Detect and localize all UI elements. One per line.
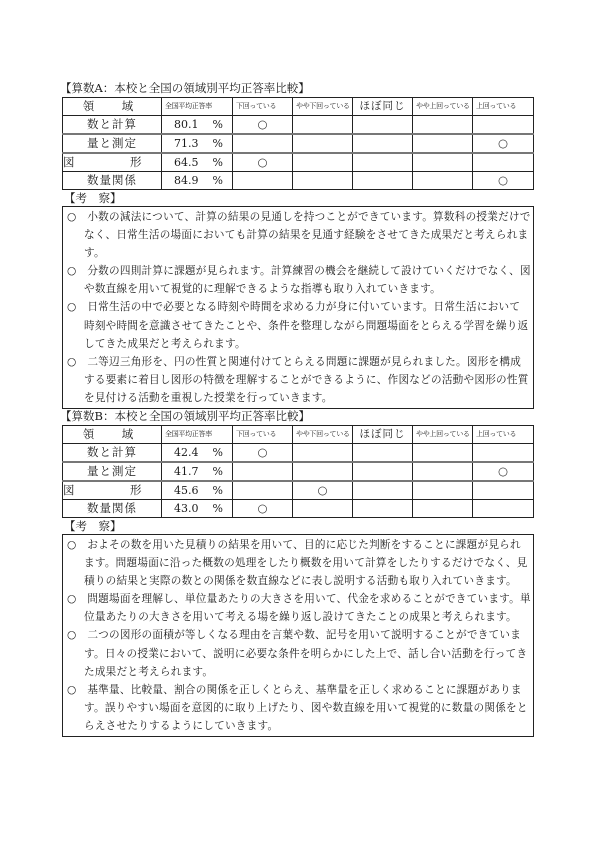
mark-slightly-below xyxy=(293,500,353,518)
header-area: 領 域 xyxy=(63,426,162,444)
comparison-table: 領 域 全国平均正答率 下回っている やや下回っている ほぼ同じ やや上回ってい… xyxy=(62,425,534,518)
area-cell: 数と計算 xyxy=(63,444,162,463)
mark-slightly-below xyxy=(293,153,353,172)
header-slightly-below: やや下回っている xyxy=(293,426,353,444)
area-cell: 数と計算 xyxy=(63,116,162,135)
rate-cell: 71.3% xyxy=(162,134,233,153)
rate-value: 43.0 xyxy=(174,502,199,515)
table-row: 数量関係 43.0% ○ xyxy=(63,500,534,518)
mark-about-same xyxy=(353,153,413,172)
rate-value: 45.6 xyxy=(174,484,199,497)
header-slightly-above: やや上回っている xyxy=(413,98,473,116)
mark-slightly-above xyxy=(413,500,473,518)
percent-unit: % xyxy=(213,116,223,133)
percent-unit: % xyxy=(213,154,223,171)
rate-value: 71.3 xyxy=(174,137,199,150)
mark-about-same xyxy=(353,444,413,463)
rate-value: 84.9 xyxy=(174,174,199,187)
table-header-row: 領 域 全国平均正答率 下回っている やや下回っている ほぼ同じ やや上回ってい… xyxy=(63,98,534,116)
consideration-item: ○ およその数を用いた見積りの結果を用いて、目的に応じた判断をすることに課題が見… xyxy=(67,536,531,590)
mark-above: ○ xyxy=(473,462,534,481)
rate-cell: 64.5% xyxy=(162,153,233,172)
consideration-box: ○ 小数の減法について、計算の結果の見通しを持つことができています。算数科の授業… xyxy=(62,206,534,409)
mark-above xyxy=(473,481,534,500)
table-row: 図 形 64.5% ○ xyxy=(63,153,534,172)
consideration-item: ○ 二等辺三角形を、円の性質と関連付けてとらえる問題に課題が見られました。図形を… xyxy=(67,353,531,407)
mark-below: ○ xyxy=(233,153,293,172)
consideration-label: 【考 察】 xyxy=(64,518,534,534)
header-about-same: ほぼ同じ xyxy=(353,426,413,444)
rate-value: 64.5 xyxy=(174,156,199,169)
mark-above: ○ xyxy=(473,134,534,153)
mark-below: ○ xyxy=(233,444,293,463)
consideration-box: ○ およその数を用いた見積りの結果を用いて、目的に応じた判断をすることに課題が見… xyxy=(62,534,534,737)
mark-slightly-above xyxy=(413,444,473,463)
mark-about-same xyxy=(353,500,413,518)
section-math-b: 【算数B：本校と全国の領域別平均正答率比較】 領 域 全国平均正答率 下回ってい… xyxy=(62,408,534,737)
mark-slightly-above xyxy=(413,172,473,190)
rate-cell: 45.6% xyxy=(162,481,233,500)
section-title: 【算数A：本校と全国の領域別平均正答率比較】 xyxy=(60,80,534,96)
consideration-item: ○ 二つの図形の面積が等しくなる理由を言葉や数、記号を用いて説明することができて… xyxy=(67,626,531,680)
header-national-rate: 全国平均正答率 xyxy=(162,426,233,444)
table-row: 量と測定 71.3% ○ xyxy=(63,134,534,153)
consideration-item: ○ 日常生活の中で必要となる時刻や時間を求める力が身に付いています。日常生活にお… xyxy=(67,298,531,352)
mark-slightly-above xyxy=(413,481,473,500)
mark-slightly-above xyxy=(413,462,473,481)
mark-slightly-below xyxy=(293,134,353,153)
table-row: 数と計算 42.4% ○ xyxy=(63,444,534,463)
table-row: 図 形 45.6% ○ xyxy=(63,481,534,500)
mark-above xyxy=(473,500,534,518)
area-cell: 数量関係 xyxy=(63,500,162,518)
rate-value: 80.1 xyxy=(174,118,199,131)
area-cell: 図 形 xyxy=(63,481,162,500)
rate-cell: 42.4% xyxy=(162,444,233,463)
mark-about-same xyxy=(353,172,413,190)
mark-below xyxy=(233,172,293,190)
area-cell: 量と測定 xyxy=(63,462,162,481)
consideration-label: 【考 察】 xyxy=(64,190,534,206)
mark-about-same xyxy=(353,481,413,500)
header-slightly-above: やや上回っている xyxy=(413,426,473,444)
header-above: 上回っている xyxy=(473,426,534,444)
mark-slightly-below xyxy=(293,116,353,135)
header-about-same: ほぼ同じ xyxy=(353,98,413,116)
mark-below: ○ xyxy=(233,116,293,135)
header-above: 上回っている xyxy=(473,98,534,116)
table-header-row: 領 域 全国平均正答率 下回っている やや下回っている ほぼ同じ やや上回ってい… xyxy=(63,426,534,444)
percent-unit: % xyxy=(213,482,223,499)
area-cell: 量と測定 xyxy=(63,134,162,153)
comparison-table: 領 域 全国平均正答率 下回っている やや下回っている ほぼ同じ やや上回ってい… xyxy=(62,97,534,190)
mark-slightly-below: ○ xyxy=(293,481,353,500)
percent-unit: % xyxy=(213,500,223,517)
mark-slightly-below xyxy=(293,462,353,481)
table-row: 量と測定 41.7% ○ xyxy=(63,462,534,481)
mark-above xyxy=(473,444,534,463)
mark-above: ○ xyxy=(473,172,534,190)
area-cell: 図 形 xyxy=(63,153,162,172)
section-math-a: 【算数A：本校と全国の領域別平均正答率比較】 領 域 全国平均正答率 下回ってい… xyxy=(62,80,534,409)
header-below: 下回っている xyxy=(233,98,293,116)
mark-below xyxy=(233,481,293,500)
mark-slightly-below xyxy=(293,172,353,190)
mark-about-same xyxy=(353,134,413,153)
mark-slightly-above xyxy=(413,116,473,135)
header-below: 下回っている xyxy=(233,426,293,444)
area-cell: 数量関係 xyxy=(63,172,162,190)
consideration-item: ○ 分数の四則計算に課題が見られます。計算練習の機会を継続して設けていくだけでな… xyxy=(67,262,531,298)
mark-below: ○ xyxy=(233,500,293,518)
mark-below xyxy=(233,134,293,153)
mark-about-same xyxy=(353,116,413,135)
rate-cell: 41.7% xyxy=(162,462,233,481)
mark-below xyxy=(233,462,293,481)
percent-unit: % xyxy=(213,463,223,480)
rate-cell: 43.0% xyxy=(162,500,233,518)
mark-above xyxy=(473,116,534,135)
rate-value: 42.4 xyxy=(174,446,199,459)
header-area: 領 域 xyxy=(63,98,162,116)
mark-slightly-below xyxy=(293,444,353,463)
mark-about-same xyxy=(353,462,413,481)
header-national-rate: 全国平均正答率 xyxy=(162,98,233,116)
consideration-item: ○ 基準量、比較量、割合の関係を正しくとらえ、基準量を正しく求めることに課題があ… xyxy=(67,681,531,735)
rate-cell: 80.1% xyxy=(162,116,233,135)
rate-value: 41.7 xyxy=(174,465,199,478)
percent-unit: % xyxy=(213,135,223,152)
consideration-item: ○ 小数の減法について、計算の結果の見通しを持つことができています。算数科の授業… xyxy=(67,208,531,262)
table-row: 数量関係 84.9% ○ xyxy=(63,172,534,190)
rate-cell: 84.9% xyxy=(162,172,233,190)
header-slightly-below: やや下回っている xyxy=(293,98,353,116)
percent-unit: % xyxy=(213,444,223,461)
mark-slightly-above xyxy=(413,134,473,153)
table-row: 数と計算 80.1% ○ xyxy=(63,116,534,135)
mark-slightly-above xyxy=(413,153,473,172)
mark-above xyxy=(473,153,534,172)
consideration-item: ○ 問題場面を理解し、単位量あたりの大きさを用いて、代金を求めることができていま… xyxy=(67,590,531,626)
section-title: 【算数B：本校と全国の領域別平均正答率比較】 xyxy=(60,408,534,424)
percent-unit: % xyxy=(213,172,223,189)
